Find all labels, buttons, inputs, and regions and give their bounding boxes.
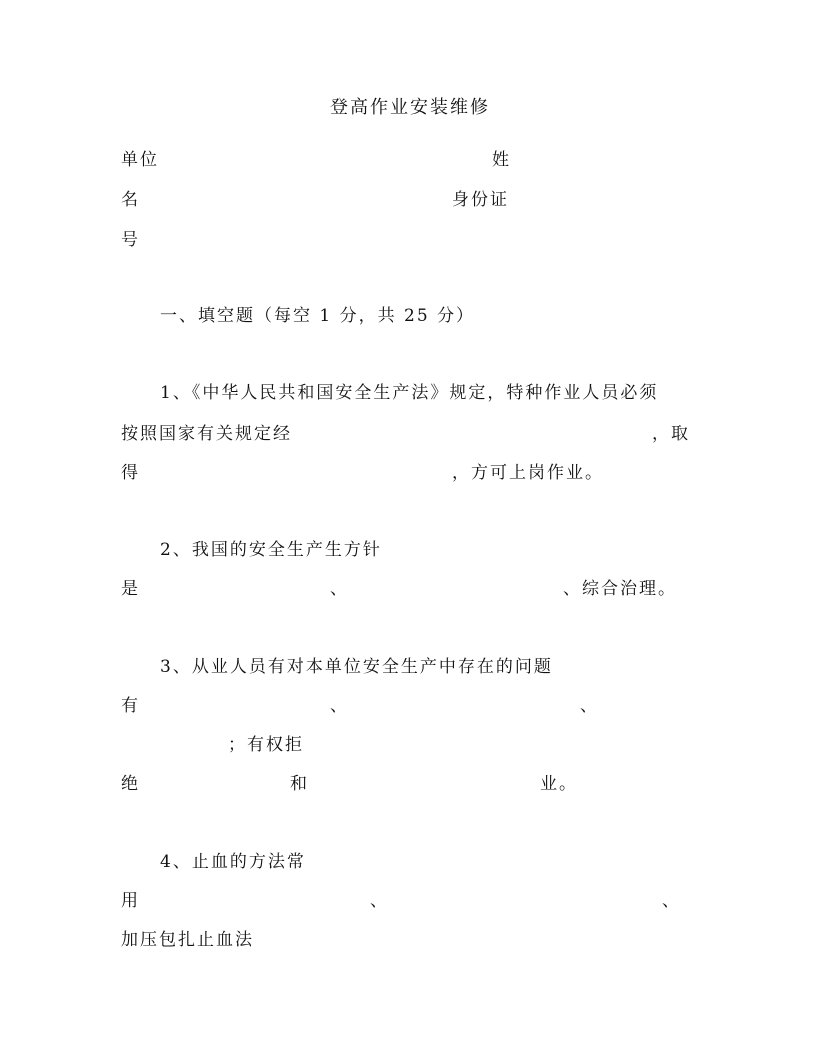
q1-line1: 1、《中华人民共和国安全生产法》规定，特种作业人员必须	[160, 383, 658, 403]
q4-line1: 4、止血的方法常	[160, 852, 306, 872]
q2-line2: 是	[121, 579, 140, 599]
q3-line4: 绝	[121, 774, 140, 794]
document-title: 登高作业安装维修	[330, 98, 490, 118]
q4-line2-sep1: 、	[370, 891, 389, 911]
q1-line3: 得	[121, 463, 140, 483]
q3-line2-sep1: 、	[330, 696, 349, 716]
q3-line3: ；有权拒	[228, 735, 304, 755]
id-label-part2: 号	[121, 230, 140, 250]
unit-label: 单位	[121, 150, 159, 170]
q1-line3-end: ，方可上岗作业。	[452, 463, 604, 483]
q2-line1: 2、我国的安全生产生方针	[160, 540, 382, 560]
q3-line2-sep2: 、	[580, 696, 599, 716]
q4-line3: 加压包扎止血法	[121, 930, 254, 950]
name-label-part2: 名	[121, 190, 140, 210]
q3-line4-end: 业。	[540, 774, 578, 794]
section-heading: 一、填空题（每空 1 分，共 25 分）	[160, 306, 475, 326]
q1-line2-end: ，取	[652, 424, 690, 444]
q4-line2-sep2: 、	[662, 891, 681, 911]
q3-line1: 3、从业人员有对本单位安全生产中存在的问题	[160, 657, 553, 677]
q3-line4-mid: 和	[290, 774, 309, 794]
name-label-part1: 姓	[492, 150, 511, 170]
q4-line2: 用	[121, 891, 140, 911]
q3-line2: 有	[121, 696, 140, 716]
q2-line2-sep: 、	[330, 579, 349, 599]
q2-line2-end: 、综合治理。	[563, 579, 677, 599]
q1-line2: 按照国家有关规定经	[121, 424, 292, 444]
id-label-part1: 身份证	[452, 190, 509, 210]
